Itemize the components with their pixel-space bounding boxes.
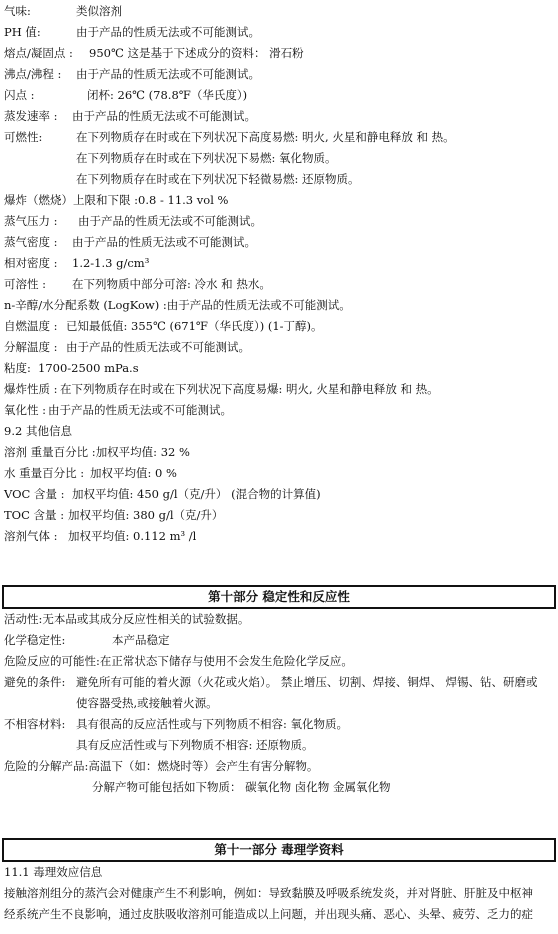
stability-label: 避免的条件: bbox=[4, 672, 76, 693]
info-value: 加权平均值: 0.112 m³ /l bbox=[68, 529, 196, 543]
property-value: 1700-2500 mPa.s bbox=[38, 361, 139, 375]
other-info-water-weight: 水 重量百分比 :加权平均值: 0 % bbox=[4, 463, 177, 484]
stability-value: 分解产物可能包括如下物质： 碳氧化物 卤化物 金属氧化物 bbox=[92, 780, 390, 794]
property-autoignition-temp: 自燃温度 :已知最低值: 355℃ (671℉（华氏度）) (1-丁醇)。 bbox=[4, 316, 323, 337]
stability-value: 高温下（如：燃烧时等）会产生有害分解物。 bbox=[88, 759, 318, 773]
property-flammability-cont: 在下列物质存在时或在下列状况下轻微易燃: 还原物质。 bbox=[4, 169, 360, 190]
property-relative-density: 相对密度 :1.2-1.3 g/cm³ bbox=[4, 253, 149, 274]
property-label: 爆炸性质 : bbox=[4, 379, 60, 400]
section-9-2-heading: 9.2 其他信息 bbox=[4, 421, 72, 442]
stability-value: 使容器受热,或接触着火源。 bbox=[76, 696, 218, 710]
property-solubility: 可溶性 :在下列物质中部分可溶: 冷水 和 热水。 bbox=[4, 274, 271, 295]
property-value: 由于产品的性质无法或不可能测试。 bbox=[78, 214, 262, 228]
property-value: 已知最低值: 355℃ (671℉（华氏度）) (1-丁醇)。 bbox=[66, 319, 323, 333]
property-value: 类似溶剂 bbox=[76, 4, 122, 18]
info-value: 加权平均值: 380 g/l（克/升） bbox=[68, 508, 223, 522]
stability-incompatible-materials-cont: 具有反应活性或与下列物质不相容: 还原物质。 bbox=[4, 735, 314, 756]
stability-value: 无本品或其成分反应性相关的试验数据。 bbox=[42, 612, 249, 626]
property-value: 950℃ 这是基于下述成分的资料： 滑石粉 bbox=[89, 46, 304, 60]
property-value: 由于产品的性质无法或不可能测试。 bbox=[76, 25, 260, 39]
property-label: 熔点/凝固点 : bbox=[4, 43, 89, 64]
other-info-voc: VOC 含量 :加权平均值: 450 g/l（克/升） (混合物的计算值) bbox=[4, 484, 321, 505]
property-evaporation-rate: 蒸发速率 :由于产品的性质无法或不可能测试。 bbox=[4, 106, 256, 127]
property-label: 爆炸（燃烧）上限和下限 : bbox=[4, 190, 138, 211]
stability-label: 化学稳定性: bbox=[4, 630, 112, 651]
other-info-toc: TOC 含量 :加权平均值: 380 g/l（克/升） bbox=[4, 505, 223, 526]
toxicology-paragraph-line: 接触溶剂组分的蒸汽会对健康产生不利影响，例如：导致黏膜及呼吸系统发炎，并对肾脏、… bbox=[4, 883, 533, 904]
property-label: 闪点 : bbox=[4, 85, 87, 106]
property-value: 闭杯: 26℃ (78.8℉（华氏度）) bbox=[87, 88, 247, 102]
property-melting-point: 熔点/凝固点 :950℃ 这是基于下述成分的资料： 滑石粉 bbox=[4, 43, 304, 64]
property-value: 由于产品的性质无法或不可能测试。 bbox=[48, 403, 232, 417]
property-ph: PH 值:由于产品的性质无法或不可能测试。 bbox=[4, 22, 260, 43]
property-label: 蒸发速率 : bbox=[4, 106, 72, 127]
property-label: 可燃性: bbox=[4, 127, 76, 148]
property-label: PH 值: bbox=[4, 22, 76, 43]
property-viscosity: 粘度:1700-2500 mPa.s bbox=[4, 358, 139, 379]
property-vapor-pressure: 蒸气压力 :由于产品的性质无法或不可能测试。 bbox=[4, 211, 262, 232]
stability-decomposition-products-cont: 分解产物可能包括如下物质： 碳氧化物 卤化物 金属氧化物 bbox=[4, 777, 390, 798]
stability-value: 具有反应活性或与下列物质不相容: 还原物质。 bbox=[76, 738, 314, 752]
info-label: 溶剂气体 : bbox=[4, 526, 68, 547]
property-boiling-point: 沸点/沸程 :由于产品的性质无法或不可能测试。 bbox=[4, 64, 260, 85]
property-value: 由于产品的性质无法或不可能测试。 bbox=[66, 340, 250, 354]
stability-label: 危险反应的可能性: bbox=[4, 651, 100, 672]
property-odor: 气味:类似溶剂 bbox=[4, 1, 122, 22]
info-label: VOC 含量 : bbox=[4, 484, 72, 505]
property-label: 蒸气压力 : bbox=[4, 211, 78, 232]
property-label: 蒸气密度 : bbox=[4, 232, 72, 253]
property-label: 粘度: bbox=[4, 358, 38, 379]
property-value: 在下列物质存在时或在下列状况下轻微易燃: 还原物质。 bbox=[76, 172, 360, 186]
stability-conditions-to-avoid: 避免的条件:避免所有可能的着火源（火花或火焰）。 禁止增压、切割、焊接、铜焊、 … bbox=[4, 672, 538, 693]
property-vapor-density: 蒸气密度 :由于产品的性质无法或不可能测试。 bbox=[4, 232, 256, 253]
sds-document-page: 气味:类似溶剂 PH 值:由于产品的性质无法或不可能测试。 熔点/凝固点 :95… bbox=[0, 0, 558, 934]
stability-decomposition-products: 危险的分解产品:高温下（如：燃烧时等）会产生有害分解物。 bbox=[4, 756, 318, 777]
stability-label: 危险的分解产品: bbox=[4, 756, 88, 777]
other-info-solvent-weight: 溶剂 重量百分比 :加权平均值: 32 % bbox=[4, 442, 190, 463]
property-oxidizing: 氧化性 :由于产品的性质无法或不可能测试。 bbox=[4, 400, 232, 421]
toxicology-paragraph-line: 经系统产生不良影响，通过皮肤吸收溶剂可能造成以上问题，并出现头痛、恶心、头晕、疲… bbox=[4, 904, 533, 925]
property-flammability-cont: 在下列物质存在时或在下列状况下易燃: 氧化物质。 bbox=[4, 148, 337, 169]
stability-chemical-stability: 化学稳定性:本产品稳定 bbox=[4, 630, 170, 651]
info-value: 加权平均值: 32 % bbox=[96, 445, 190, 459]
property-label: 沸点/沸程 : bbox=[4, 64, 76, 85]
stability-hazardous-reactions: 危险反应的可能性:在正常状态下储存与使用不会发生危险化学反应。 bbox=[4, 651, 353, 672]
property-partition-coefficient: n-辛醇/水分配系数 (LogKow) :由于产品的性质无法或不可能测试。 bbox=[4, 295, 351, 316]
property-label: 可溶性 : bbox=[4, 274, 72, 295]
property-flammability: 可燃性:在下列物质存在时或在下列状况下高度易燃: 明火, 火星和静电释放 和 热… bbox=[4, 127, 455, 148]
property-flash-point: 闪点 :闭杯: 26℃ (78.8℉（华氏度）) bbox=[4, 85, 247, 106]
property-value: 由于产品的性质无法或不可能测试。 bbox=[167, 298, 351, 312]
stability-label: 不相容材料: bbox=[4, 714, 76, 735]
info-label: TOC 含量 : bbox=[4, 505, 68, 526]
stability-reactivity: 活动性:无本品或其成分反应性相关的试验数据。 bbox=[4, 609, 249, 630]
property-value: 在下列物质存在时或在下列状况下高度易燃: 明火, 火星和静电释放 和 热。 bbox=[76, 130, 455, 144]
property-label: n-辛醇/水分配系数 (LogKow) : bbox=[4, 295, 167, 316]
property-value: 1.2-1.3 g/cm³ bbox=[72, 256, 149, 270]
property-decomposition-temp: 分解温度 :由于产品的性质无法或不可能测试。 bbox=[4, 337, 250, 358]
section-10-header: 第十部分 稳定性和反应性 bbox=[2, 585, 556, 609]
property-value: 由于产品的性质无法或不可能测试。 bbox=[76, 67, 260, 81]
info-value: 加权平均值: 0 % bbox=[90, 466, 177, 480]
section-11-header: 第十一部分 毒理学资料 bbox=[2, 838, 556, 862]
stability-incompatible-materials: 不相容材料:具有很高的反应活性或与下列物质不相容: 氧化物质。 bbox=[4, 714, 348, 735]
stability-label: 活动性: bbox=[4, 609, 42, 630]
property-label: 气味: bbox=[4, 1, 76, 22]
property-label: 分解温度 : bbox=[4, 337, 66, 358]
property-value: 0.8 - 11.3 vol % bbox=[138, 193, 228, 207]
info-label: 水 重量百分比 : bbox=[4, 463, 90, 484]
stability-value: 具有很高的反应活性或与下列物质不相容: 氧化物质。 bbox=[76, 717, 348, 731]
property-label: 自燃温度 : bbox=[4, 316, 66, 337]
property-explosion-limits: 爆炸（燃烧）上限和下限 :0.8 - 11.3 vol % bbox=[4, 190, 228, 211]
property-value: 在下列物质存在时或在下列状况下易燃: 氧化物质。 bbox=[76, 151, 337, 165]
section-11-1-heading: 11.1 毒理效应信息 bbox=[4, 862, 102, 883]
property-value: 由于产品的性质无法或不可能测试。 bbox=[72, 109, 256, 123]
property-value: 由于产品的性质无法或不可能测试。 bbox=[72, 235, 256, 249]
stability-value: 避免所有可能的着火源（火花或火焰）。 禁止增压、切割、焊接、铜焊、 焊锡、钻、研… bbox=[76, 675, 538, 689]
other-info-solvent-gas: 溶剂气体 :加权平均值: 0.112 m³ /l bbox=[4, 526, 196, 547]
property-value: 在下列物质中部分可溶: 冷水 和 热水。 bbox=[72, 277, 271, 291]
property-explosive-properties: 爆炸性质 :在下列物质存在时或在下列状况下高度易爆: 明火, 火星和静电释放 和… bbox=[4, 379, 439, 400]
stability-value: 在正常状态下储存与使用不会发生危险化学反应。 bbox=[100, 654, 353, 668]
property-value: 在下列物质存在时或在下列状况下高度易爆: 明火, 火星和静电释放 和 热。 bbox=[60, 382, 439, 396]
stability-value: 本产品稳定 bbox=[112, 633, 170, 647]
info-label: 溶剂 重量百分比 : bbox=[4, 442, 96, 463]
stability-conditions-to-avoid-cont: 使容器受热,或接触着火源。 bbox=[4, 693, 218, 714]
property-label: 氧化性 : bbox=[4, 400, 48, 421]
info-value: 加权平均值: 450 g/l（克/升） (混合物的计算值) bbox=[72, 487, 321, 501]
property-label: 相对密度 : bbox=[4, 253, 72, 274]
